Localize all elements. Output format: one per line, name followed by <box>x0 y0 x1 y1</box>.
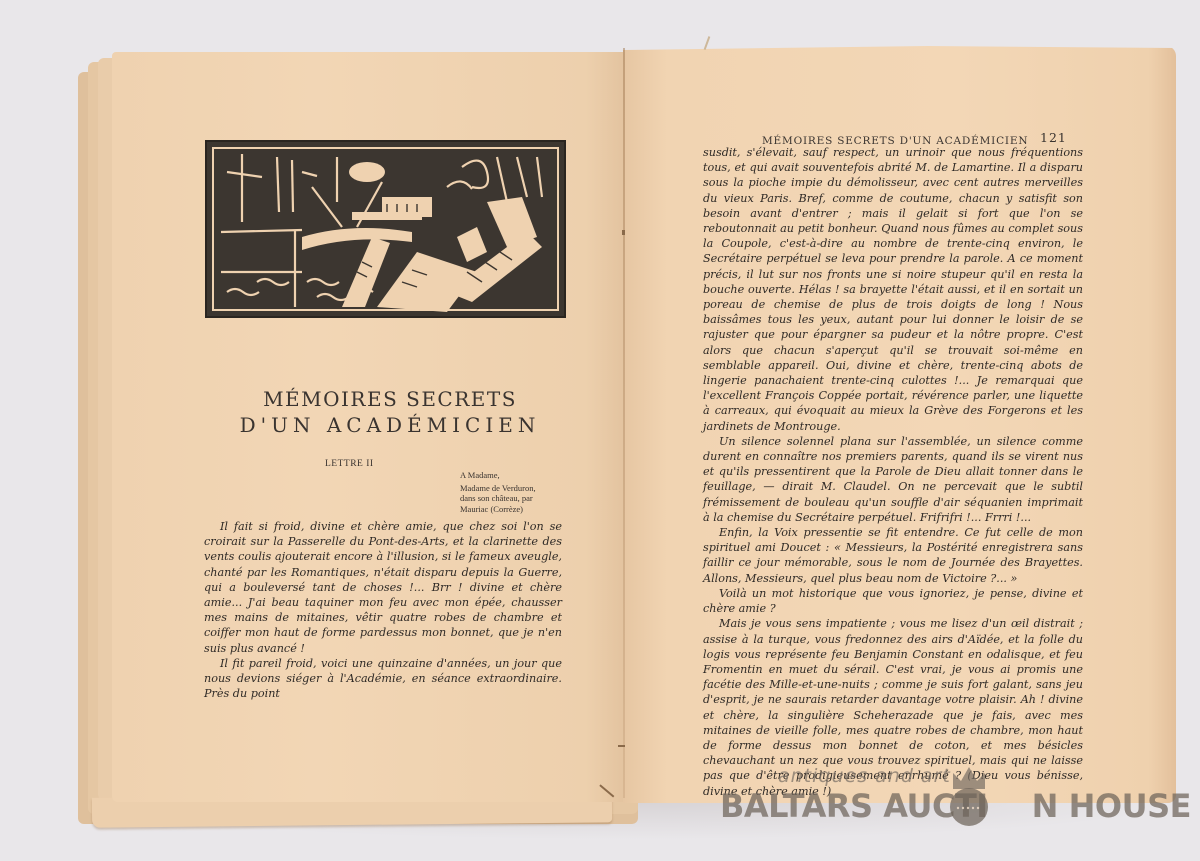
binding-thread-icon <box>618 745 625 747</box>
left-page-body: Il fait si froid, divine et chère amie, … <box>204 519 562 701</box>
page-number: 121 <box>1040 130 1067 145</box>
chapter-title: MÉMOIRES SECRETS D'UN ACADÉMICIEN <box>200 386 580 438</box>
title-line-2: D'UN ACADÉMICIEN <box>200 412 580 438</box>
paragraph: Il fait si froid, divine et chère amie, … <box>204 519 562 656</box>
right-page-body: susdit, s'élevait, sauf respect, un urin… <box>703 145 1083 799</box>
watermark-name-part-2: N HOUSE <box>1032 787 1191 825</box>
paragraph: Un silence solennel plana sur l'assemblé… <box>703 434 1083 525</box>
paragraph: Il fit pareil froid, voici une quinzaine… <box>204 656 562 702</box>
auction-house-watermark: antiques and art BALTARS AUCTIN HOUSE <box>720 765 1140 835</box>
book-spine <box>623 48 625 798</box>
watermark-tagline: antiques and art <box>778 765 951 787</box>
paragraph: Voilà un mot historique que vous ignorie… <box>703 586 1083 616</box>
woodcut-harbor-scene-icon <box>207 142 564 316</box>
woodcut-illustration <box>205 140 566 318</box>
letter-address: A Madame, Madame de Verduron, dans son c… <box>460 470 536 514</box>
address-line: dans son château, par <box>460 493 536 504</box>
address-line: Mauriac (Corrèze) <box>460 504 536 515</box>
loose-thread-icon <box>704 36 710 50</box>
binding-thread-icon <box>622 230 625 235</box>
address-line: Madame de Verduron, <box>460 483 536 494</box>
letter-heading: LETTRE II <box>325 459 374 469</box>
title-line-1: MÉMOIRES SECRETS <box>200 386 580 412</box>
crown-globe-icon <box>948 767 990 827</box>
paragraph: Enfin, la Voix pressentie se fit entendr… <box>703 525 1083 586</box>
paragraph: susdit, s'élevait, sauf respect, un urin… <box>703 145 1083 434</box>
address-salutation: A Madame, <box>460 470 536 481</box>
